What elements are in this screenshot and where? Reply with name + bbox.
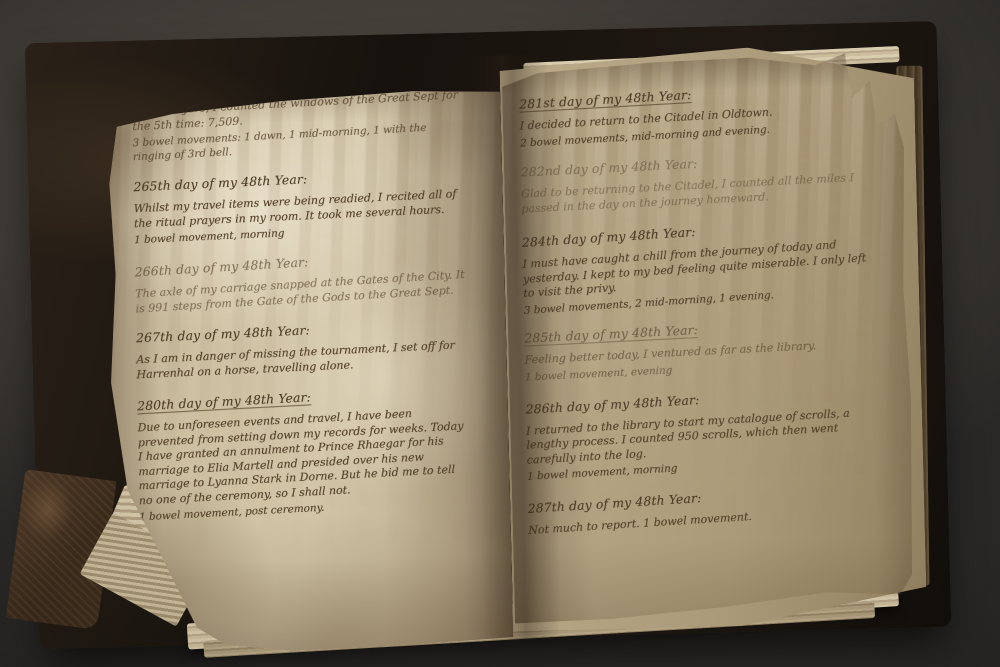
journal-book: …my prayers, I counted the windows of th… xyxy=(31,15,951,653)
left-page-text: …my prayers, I counted the windows of th… xyxy=(132,88,471,541)
journal-entry: 267th day of my 48th Year: As I am in da… xyxy=(136,315,468,383)
journal-entry: 280th day of my 48th Year: Due to unfore… xyxy=(137,381,471,525)
journal-entry: 282nd day of my 48th Year: Glad to be re… xyxy=(521,148,869,218)
journal-entry: 287th day of my 48th Year: Not much to r… xyxy=(527,479,875,539)
entry-body: As I am in danger of missing the tournam… xyxy=(136,338,468,382)
journal-entry: 286th day of my 48th Year: I returned to… xyxy=(525,382,874,485)
right-page: 281st day of my 48th Year: I decided to … xyxy=(501,52,917,624)
journal-entry: 265th day of my 48th Year: Whilst my tra… xyxy=(133,163,465,247)
right-page-text: 281st day of my 48th Year: I decided to … xyxy=(519,77,876,553)
journal-entry: 266th day of my 48th Year: The axle of m… xyxy=(134,245,467,317)
photo-of-open-journal: …my prayers, I counted the windows of th… xyxy=(0,0,1000,667)
journal-entry: 285th day of my 48th Year: Feeling bette… xyxy=(524,313,872,385)
entry-body: Due to unforeseen events and travel, I h… xyxy=(137,404,470,509)
journal-entry: 284th day of my 48th Year: I must have c… xyxy=(522,213,872,318)
journal-entry: 281st day of my 48th Year: I decided to … xyxy=(519,77,868,151)
